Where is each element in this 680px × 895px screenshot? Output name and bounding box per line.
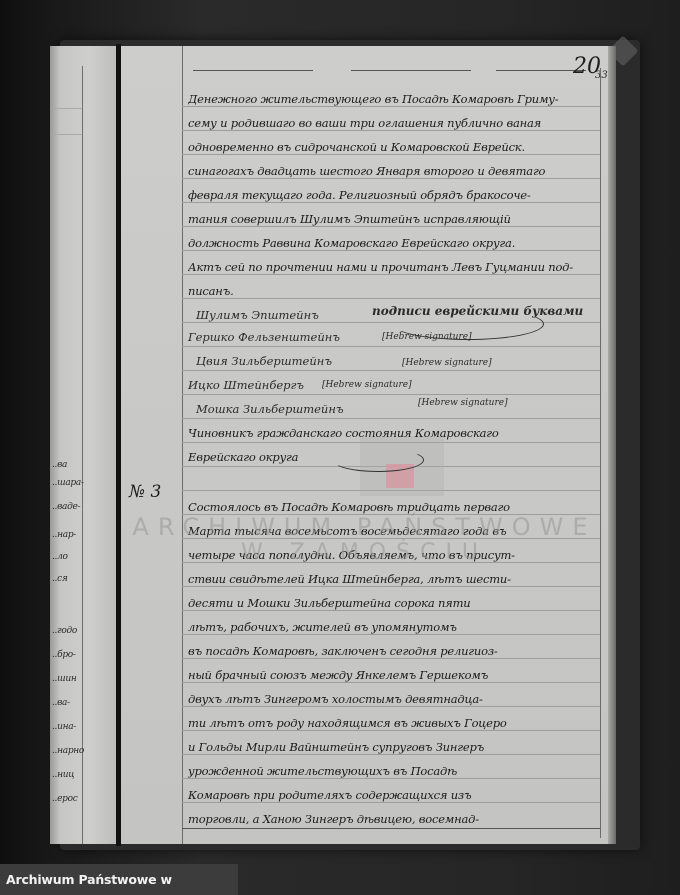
ruled-line — [182, 682, 600, 683]
handwritten-line: и Гольды Мирли Вайнштейнъ супруговъ Зинг… — [188, 740, 600, 754]
signature-name: Ицко Штейнбергъ — [188, 378, 304, 392]
signature-name: Шулимъ Эпштейнъ — [196, 308, 319, 322]
ruled-line — [182, 370, 600, 371]
signature-name: Гершко Фельзенштейнъ — [188, 330, 340, 344]
previous-page-fragment: ..ся — [52, 574, 68, 584]
handwritten-line: Марта тысяча восемьсотъ восемьдесятаго г… — [188, 524, 600, 538]
handwritten-line: въ посадѣ Комаровѣ, заключенъ сегодня ре… — [188, 644, 600, 658]
ruled-line — [182, 346, 600, 347]
entry-number: № 3 — [129, 482, 161, 502]
previous-page-strip: ..ва ..шара- ..ваде- ..нар- ..ло ..ся ..… — [50, 46, 116, 844]
signature-name: Цвия Зильберштейнъ — [196, 354, 332, 368]
ruled-line — [182, 130, 600, 131]
handwritten-line: торговли, а Ханою Зингеръ дѣвицею, восем… — [188, 812, 600, 826]
previous-page-fragment: ..бро- — [52, 650, 76, 660]
previous-page-margin-rule — [82, 66, 83, 844]
previous-page-fragment: ..ина- — [52, 722, 76, 732]
ruled-line — [182, 586, 600, 587]
handwritten-line: писанъ. — [188, 284, 600, 298]
autograph: [Hebrew signature] — [402, 358, 492, 368]
previous-page-fragment: ..ниц — [52, 770, 74, 780]
ruled-line — [50, 134, 82, 135]
handwritten-line: февраля текущаго года. Религиозный обряд… — [188, 188, 600, 202]
handwritten-line: лѣтъ, рабочихъ, жителей въ упомянутомъ — [188, 620, 600, 634]
handwritten-line: Комаровѣ при родителяхъ содержащихся изъ — [188, 788, 600, 802]
ruled-line — [182, 730, 600, 731]
handwritten-line: ствии свидѣтелей Ицка Штейнберга, лѣтъ ш… — [188, 572, 600, 586]
handwritten-line: должность Раввина Комаровскаго Еврейскаг… — [188, 236, 600, 250]
autograph: [Hebrew signature] — [418, 398, 508, 408]
handwritten-line: Состоялось въ Посадѣ Комаровѣ тридцать п… — [188, 500, 600, 514]
ruled-line — [182, 754, 600, 755]
ruled-line — [182, 538, 600, 539]
autograph: [Hebrew signature] — [382, 332, 472, 342]
ruled-line — [182, 514, 600, 515]
handwritten-line: ный брачный союзъ между Янкелемъ Гершеко… — [188, 668, 600, 682]
ruled-line — [182, 418, 600, 419]
ruled-line — [182, 658, 600, 659]
ruled-line — [182, 106, 600, 107]
handwritten-line: четыре часа пополудни. Объявляемъ, что в… — [188, 548, 600, 562]
ruled-line — [182, 562, 600, 563]
ruled-line — [182, 202, 600, 203]
ruled-line — [182, 610, 600, 611]
ruled-line — [182, 250, 600, 251]
ruled-line — [50, 108, 82, 109]
signature-flourish — [332, 448, 424, 472]
ruled-line — [182, 298, 600, 299]
handwritten-line: урожденной жительствующихъ въ Посадѣ — [188, 764, 600, 778]
ruled-line — [182, 634, 600, 635]
ruled-line — [182, 706, 600, 707]
ruled-line — [182, 394, 600, 395]
previous-page-fragment: ..ло — [52, 552, 68, 562]
autograph: [Hebrew signature] — [322, 380, 412, 390]
previous-page-fragment: ..ва- — [52, 698, 70, 708]
handwritten-line: сему и родившаго во ваши три оглашения п… — [188, 116, 600, 130]
previous-page-fragment: ..ваде- — [52, 502, 80, 512]
handwritten-line: Денежного жительствующего въ Посадѣ Кома… — [188, 92, 600, 106]
previous-page-fragment: ..нар- — [52, 530, 76, 540]
handwritten-line: синагогахъ двадцать шестого Января второ… — [188, 164, 600, 178]
archive-label: Archiwum Państwowe w Zamościu — [0, 864, 238, 895]
previous-page-fragment: ..шара- — [52, 478, 84, 488]
previous-page-fragment: ..нарно — [52, 746, 84, 756]
ruled-line — [182, 778, 600, 779]
register-page: 20 33 Денежного жительст — [121, 46, 608, 844]
handwritten-line: тания совершилъ Шулимъ Эпштейнъ исправля… — [188, 212, 600, 226]
ruled-line — [182, 154, 600, 155]
signature-name: Мошка Зильберштейнъ — [196, 402, 344, 416]
handwritten-line: двухъ лѣтъ Зингеромъ холостымъ девятнадц… — [188, 692, 600, 706]
handwritten-line: одновременно въ сидрочанской и Комаровск… — [188, 140, 600, 154]
previous-page-fragment: ..годо — [52, 626, 77, 636]
page-margin-column — [121, 46, 183, 844]
previous-page-fragment: ..ва — [52, 460, 67, 470]
handwritten-line: ти лѣтъ отъ роду находящимся въ живыхъ Г… — [188, 716, 600, 730]
official-title-line: Чиновникъ гражданскаго состояния Комаров… — [188, 426, 600, 440]
handwritten-line: Актъ сей по прочтении нами и прочитанъ Л… — [188, 260, 600, 274]
ruled-line — [182, 226, 600, 227]
handwritten-line: десяти и Мошки Зильберштейна сорока пяти — [188, 596, 600, 610]
previous-page-fragment: ..ерос — [52, 794, 77, 804]
previous-page-fragment: ..шин — [52, 674, 76, 684]
ruled-line — [182, 178, 600, 179]
ruled-line — [182, 802, 600, 803]
ruled-line — [182, 274, 600, 275]
bottom-rule — [182, 828, 600, 829]
register-text-area: Денежного жительствующего въ Посадѣ Кома… — [182, 68, 601, 838]
